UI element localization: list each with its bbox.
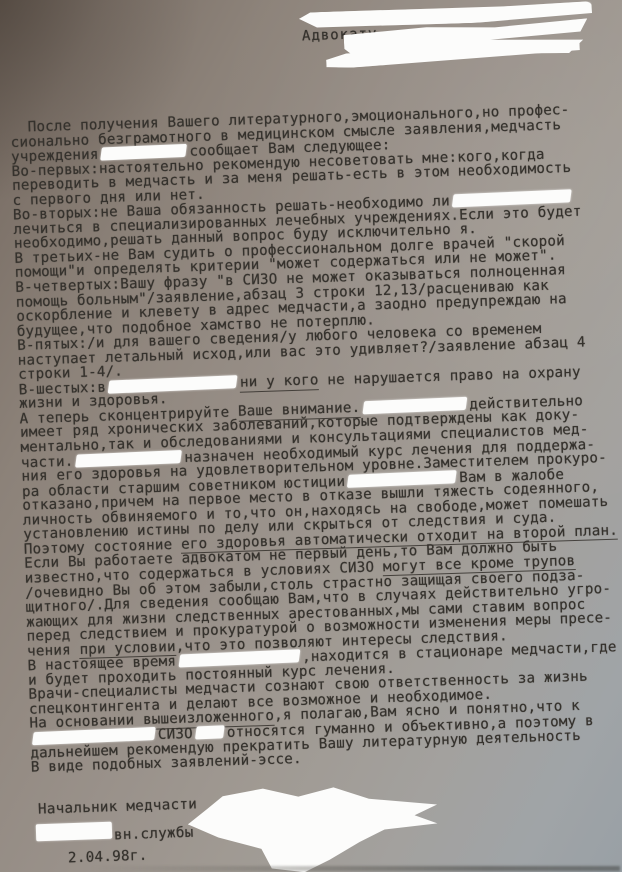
signatory-rank: вн.службы: [114, 825, 194, 844]
document-date: 2.04.98г.: [68, 848, 148, 867]
redaction-signature: [187, 784, 440, 872]
document-photo: Адвокату После получения Вашего литерату…: [0, 0, 622, 872]
signatory-title: Начальник медчасти: [38, 796, 198, 817]
underlined-text: ни у кого: [240, 373, 319, 393]
photo-bottom-smudge: [90, 866, 620, 871]
document-body: После получения Вашего литературного,эмо…: [10, 102, 622, 776]
redaction-rank: [36, 822, 113, 842]
redaction-inline: [195, 725, 225, 739]
